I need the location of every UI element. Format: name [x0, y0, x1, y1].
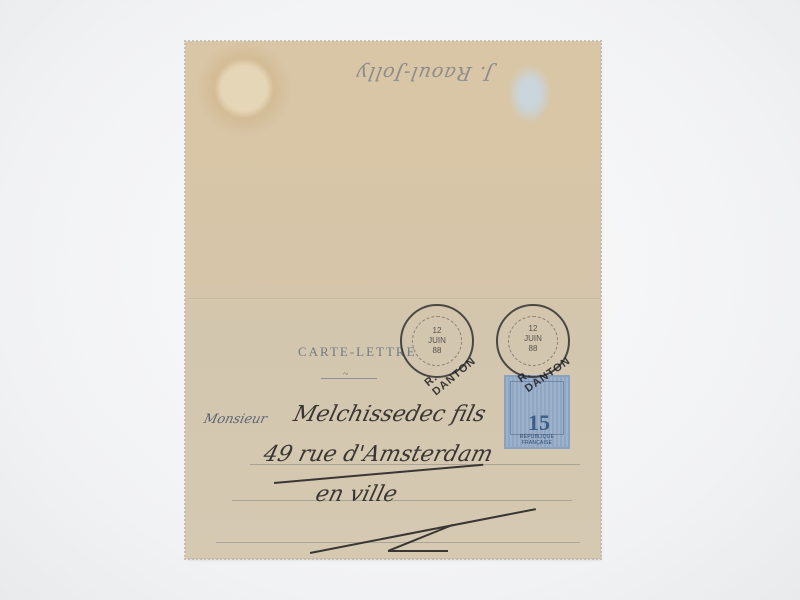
printed-prefix: Monsieur: [202, 412, 268, 427]
pencil-note: J. Raoul-Jolly: [354, 62, 494, 84]
carte-lettre-card: J. Raoul-Jolly CARTE-LETTRE 12 JUIN 88 R…: [186, 42, 600, 558]
flourish-stroke: [388, 550, 448, 552]
address-line-2: 49 rue d'Amsterdam: [261, 442, 496, 467]
flourish-stroke: [388, 524, 453, 552]
stamp-caption: RÉPUBLIQUE FRANÇAISE: [507, 434, 567, 446]
address-rule: [216, 542, 580, 543]
stamp-value: 15: [528, 410, 550, 436]
address-line-1: Melchissedec fils: [291, 402, 488, 427]
address-line-3: en ville: [313, 482, 400, 507]
postmark-left: 12 JUIN 88 R. DANTON: [400, 304, 474, 378]
fold-line: [186, 298, 600, 300]
postmark-right: 12 JUIN 88 R. DANTON: [496, 304, 570, 378]
printed-title: CARTE-LETTRE: [298, 344, 417, 360]
address-rule: [232, 500, 572, 501]
flourish-stroke: [310, 508, 536, 553]
ornament-divider: [321, 378, 377, 379]
